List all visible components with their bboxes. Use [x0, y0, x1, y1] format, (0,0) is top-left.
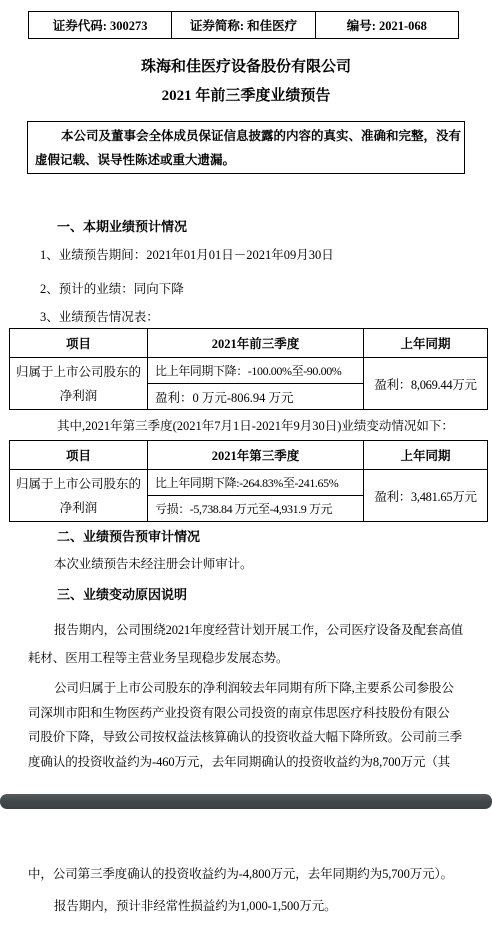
col-header-item: 项目: [10, 441, 148, 470]
net-profit-label-cell: 归属于上市公司股东的 净利润: [10, 358, 148, 410]
change-range-cell: 比上年同期下降:-264.83%至-241.65%: [148, 470, 364, 496]
table-row: 归属于上市公司股东的 净利润 比上年同期下降：-100.00%至-90.00% …: [10, 358, 488, 384]
forecast-table-third-quarter: 项目 2021年第三季度 上年同期 归属于上市公司股东的 净利润 比上年同期下降…: [9, 440, 488, 522]
section1-heading: 一、本期业绩预计情况: [57, 216, 187, 235]
section3-heading: 三、业绩变动原因说明: [57, 584, 187, 603]
q3-note-line: 其中,2021年第三季度(2021年7月1日-2021年9月30日)业绩变动情况…: [57, 416, 454, 434]
notice-line: 本公司及董事会全体成员保证信息披露的内容的真实、准确和完整，没有: [35, 124, 457, 148]
page-break-bar: [0, 794, 492, 809]
change-range-cell: 比上年同期下降：-100.00%至-90.00%: [148, 358, 364, 384]
table-row: 归属于上市公司股东的 净利润 比上年同期下降:-264.83%至-241.65%…: [10, 470, 488, 496]
disclosure-notice-box: 本公司及董事会全体成员保证信息披露的内容的真实、准确和完整，没有 虚假记载、误导…: [27, 121, 465, 174]
forecast-period-item: 1、业绩预告期间：2021年01月01日－2021年09月30日: [40, 245, 334, 263]
net-profit-label-cell: 归属于上市公司股东的 净利润: [10, 470, 148, 522]
announcement-number-cell: 编号: 2021-068: [315, 12, 458, 38]
forecast-table-first-three-quarters: 项目 2021年前三季度 上年同期 归属于上市公司股东的 净利润 比上年同期下降…: [9, 328, 488, 410]
forecast-table-item: 3、业绩预告情况表：: [40, 307, 159, 325]
loss-range-cell: 亏损：-5,738.84 万元至-4,931.9 万元: [148, 496, 364, 522]
col-header-prior-year: 上年同期: [364, 441, 488, 470]
col-header-period: 2021年第三季度: [148, 441, 364, 470]
company-name-title: 珠海和佳医疗设备股份有限公司: [0, 55, 492, 76]
prior-year-value-cell: 盈利：8,069.44万元: [364, 358, 488, 410]
col-header-prior-year: 上年同期: [364, 329, 488, 358]
reason-paragraph-1: 报告期内，公司围绕2021年度经营计划开展工作，公司医疗设备及配套高值 耗材、医…: [28, 616, 463, 672]
expected-performance-item: 2、预计的业绩：同向下降: [40, 279, 184, 297]
table-header-row: 项目 2021年前三季度 上年同期: [10, 329, 488, 358]
securities-abbr-cell: 证券简称: 和佳医疗: [171, 12, 314, 38]
reason-paragraph-2: 公司归属于上市公司股东的净利润较去年同期有所下降,主要系公司参股公 司深圳市阳和…: [28, 676, 462, 774]
securities-header-table: 证券代码: 300273 证券简称: 和佳医疗 编号: 2021-068: [28, 11, 459, 39]
reason-paragraph-2-continued: 中，公司第三季度确认的投资收益约为-4,800万元，去年同期约为5,700万元）…: [28, 864, 453, 882]
announcement-document-page: 证券代码: 300273 证券简称: 和佳医疗 编号: 2021-068 珠海和…: [0, 0, 492, 926]
document-title: 2021 年前三季度业绩预告: [0, 84, 492, 105]
notice-line: 虚假记载、误导性陈述或重大遗漏。: [35, 148, 457, 172]
securities-code-cell: 证券代码: 300273: [29, 12, 171, 38]
table-header-row: 项目 2021年第三季度 上年同期: [10, 441, 488, 470]
audit-status-text: 本次业绩预告未经注册会计师审计。: [28, 554, 252, 572]
section2-heading: 二、业绩预告预审计情况: [57, 526, 200, 545]
profit-range-cell: 盈利：0 万元-806.94 万元: [148, 384, 364, 410]
col-header-item: 项目: [10, 329, 148, 358]
col-header-period: 2021年前三季度: [148, 329, 364, 358]
non-recurring-gains-paragraph: 报告期内，预计非经常性损益约为1,000-1,500万元。: [28, 896, 337, 914]
prior-year-value-cell: 盈利：3,481.65万元: [364, 470, 488, 522]
